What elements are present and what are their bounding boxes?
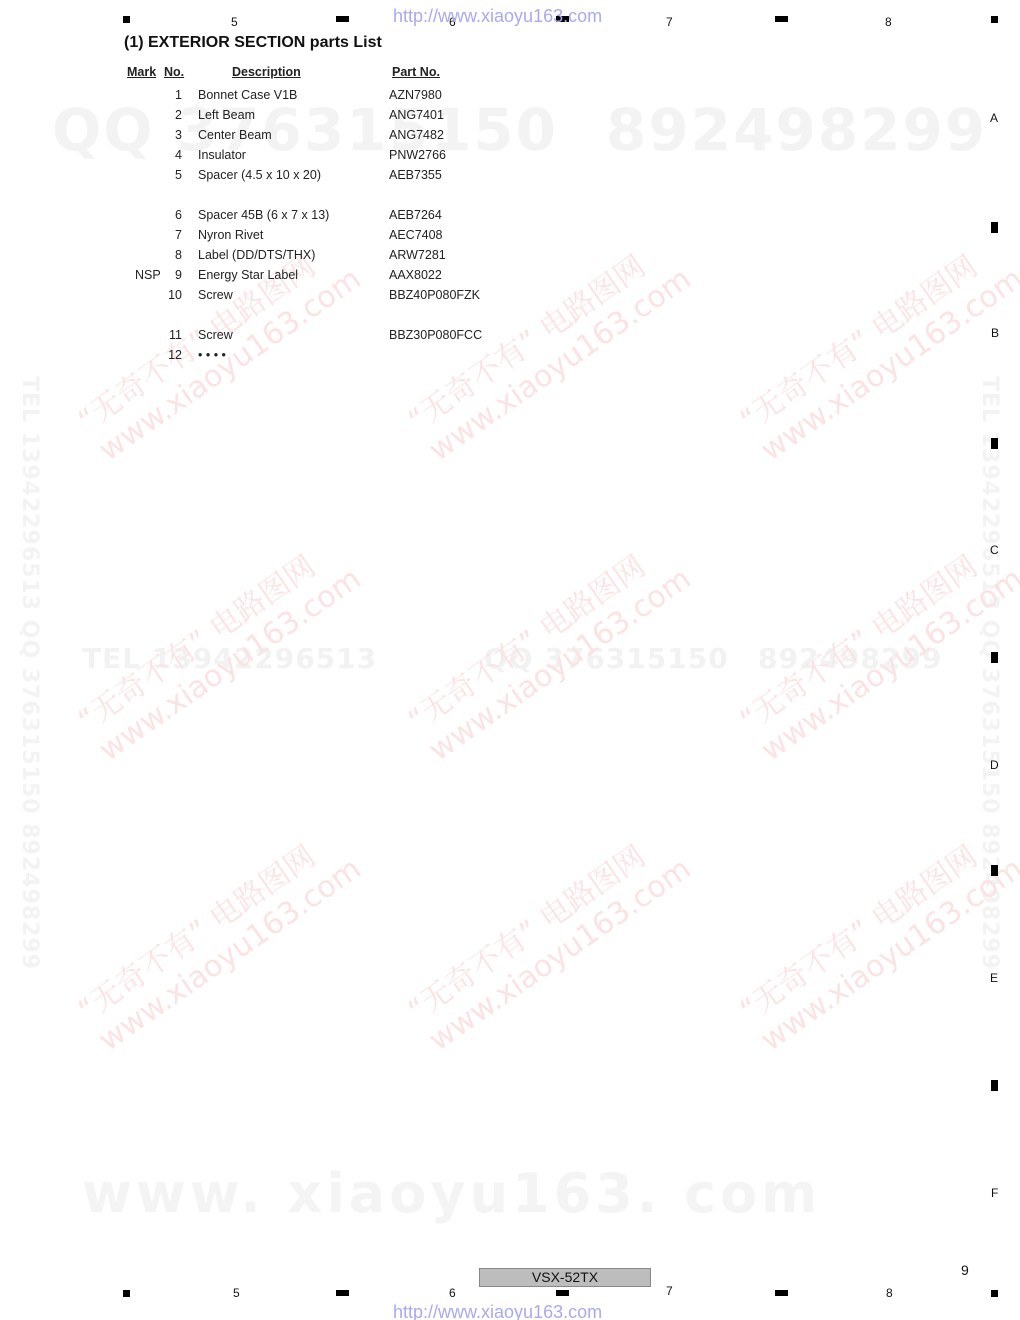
row-no: 7	[160, 228, 182, 242]
zone-number: 5	[231, 15, 238, 29]
table-row: 12 • • • •	[0, 348, 600, 368]
zone-number: 7	[666, 1284, 673, 1298]
row-description: Screw	[198, 288, 233, 302]
zone-number: 5	[233, 1286, 240, 1300]
frame-marker	[775, 16, 788, 22]
zone-number: 8	[885, 15, 892, 29]
column-header-description: Description	[232, 65, 301, 79]
row-description: Bonnet Case V1B	[198, 88, 297, 102]
frame-marker	[336, 16, 349, 22]
table-row: 1 Bonnet Case V1B AZN7980	[0, 88, 600, 108]
column-header-mark: Mark	[127, 65, 156, 79]
row-description: Center Beam	[198, 128, 272, 142]
table-row: 7 Nyron Rivet AEC7408	[0, 228, 600, 248]
frame-marker	[123, 1290, 130, 1297]
zone-number: 8	[886, 1286, 893, 1300]
row-no: 11	[160, 328, 182, 342]
row-description: Label (DD/DTS/THX)	[198, 248, 315, 262]
row-no: 9	[160, 268, 182, 282]
table-row: NSP 9 Energy Star Label AAX8022	[0, 268, 600, 288]
row-part-no: ARW7281	[389, 248, 446, 262]
zone-letter: E	[990, 971, 998, 985]
row-part-no: ANG7482	[389, 128, 444, 142]
frame-marker	[991, 652, 998, 663]
frame-marker	[991, 438, 998, 449]
row-no: 8	[160, 248, 182, 262]
row-part-no: AZN7980	[389, 88, 442, 102]
watermark-diagonal: “无奇不有” 电路图网www.xiaoyu163.com	[72, 822, 368, 1059]
column-header-part-no: Part No.	[392, 65, 440, 79]
row-no: 10	[160, 288, 182, 302]
watermark-vertical-left: TEL 13942296513 QQ 376315150 892498299	[17, 376, 42, 970]
column-header-no: No.	[164, 65, 184, 79]
row-description: Screw	[198, 328, 233, 342]
row-description: Energy Star Label	[198, 268, 298, 282]
row-no: 5	[160, 168, 182, 182]
row-part-no: BBZ40P080FZK	[389, 288, 480, 302]
row-no: 4	[160, 148, 182, 162]
table-row: 2 Left Beam ANG7401	[0, 108, 600, 128]
row-part-no: PNW2766	[389, 148, 446, 162]
row-mark: NSP	[135, 268, 161, 282]
table-row: 10 Screw BBZ40P080FZK	[0, 288, 600, 308]
frame-marker	[991, 16, 998, 23]
table-row: 6 Spacer 45B (6 x 7 x 13) AEB7264	[0, 208, 600, 228]
row-part-no: AEB7355	[389, 168, 442, 182]
row-part-no: BBZ30P080FCC	[389, 328, 482, 342]
zone-letter: F	[991, 1186, 998, 1200]
row-part-no: AEB7264	[389, 208, 442, 222]
row-part-no: AAX8022	[389, 268, 442, 282]
frame-marker	[775, 1290, 788, 1296]
frame-marker	[991, 1080, 998, 1091]
zone-letter: D	[990, 758, 999, 772]
row-no: 3	[160, 128, 182, 142]
row-description: Left Beam	[198, 108, 255, 122]
row-description: Spacer 45B (6 x 7 x 13)	[198, 208, 329, 222]
row-no: 6	[160, 208, 182, 222]
watermark-url-big: www. xiaoyu163. com	[82, 1162, 821, 1225]
watermark-diagonal: “无奇不有” 电路图网www.xiaoyu163.com	[402, 822, 698, 1059]
table-row: 3 Center Beam ANG7482	[0, 128, 600, 148]
row-description: Insulator	[198, 148, 246, 162]
frame-marker	[991, 865, 998, 876]
row-description: Nyron Rivet	[198, 228, 263, 242]
row-description: • • • •	[198, 348, 226, 362]
table-row: 11 Screw BBZ30P080FCC	[0, 328, 600, 348]
zone-letter: C	[990, 543, 999, 557]
row-part-no: AEC7408	[389, 228, 443, 242]
row-no: 12	[160, 348, 182, 362]
zone-letter: B	[991, 326, 999, 340]
row-part-no: ANG7401	[389, 108, 444, 122]
footer-url-watermark[interactable]: http://www.xiaoyu163.com	[393, 1302, 602, 1320]
zone-number: 7	[666, 15, 673, 29]
page-title: (1) EXTERIOR SECTION parts List	[124, 34, 382, 52]
page-number: 9	[961, 1262, 969, 1278]
row-no: 2	[160, 108, 182, 122]
frame-marker	[991, 222, 998, 233]
zone-number: 6	[449, 1286, 456, 1300]
frame-marker	[123, 16, 130, 23]
table-row: 8 Label (DD/DTS/THX) ARW7281	[0, 248, 600, 268]
frame-marker	[556, 1290, 569, 1296]
watermark-qq2: 892498299	[606, 96, 987, 164]
table-row: 5 Spacer (4.5 x 10 x 20) AEB7355	[0, 168, 600, 188]
frame-marker	[336, 1290, 349, 1296]
header-url-watermark[interactable]: http://www.xiaoyu163.com	[393, 6, 602, 27]
row-no: 1	[160, 88, 182, 102]
zone-letter: A	[990, 111, 998, 125]
row-description: Spacer (4.5 x 10 x 20)	[198, 168, 321, 182]
frame-marker	[991, 1290, 998, 1297]
model-label: VSX-52TX	[479, 1268, 651, 1287]
table-row: 4 Insulator PNW2766	[0, 148, 600, 168]
